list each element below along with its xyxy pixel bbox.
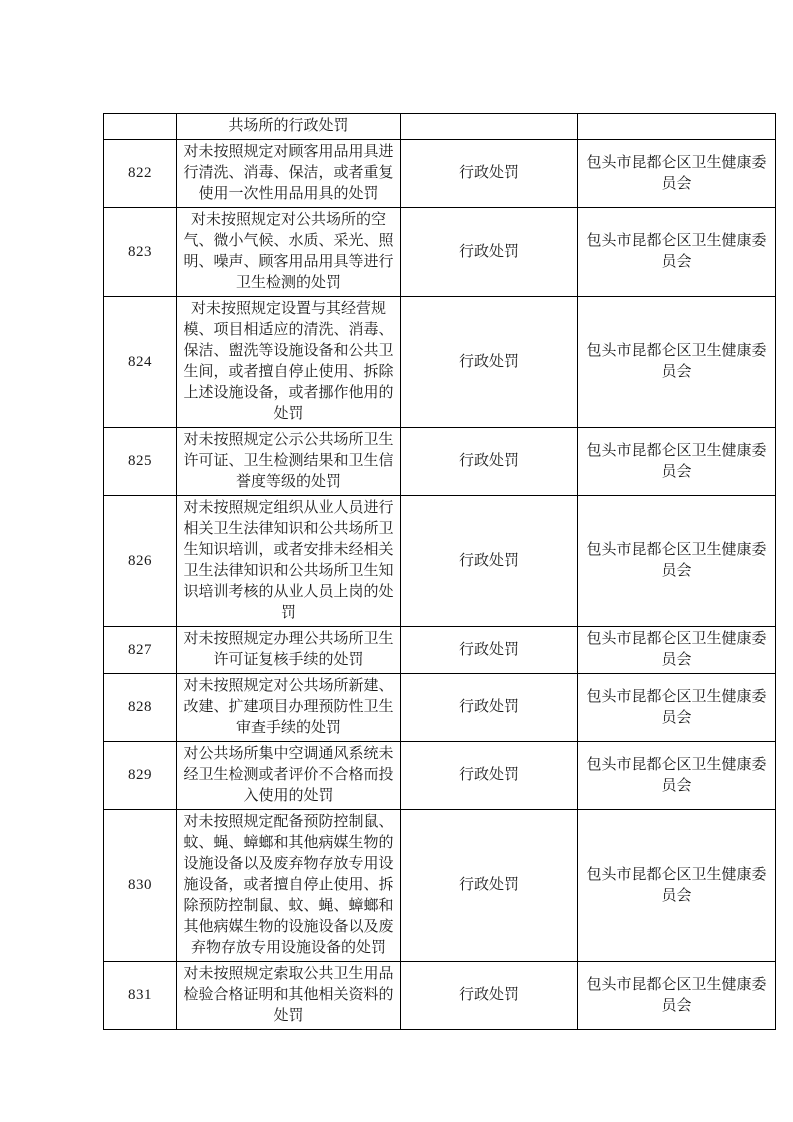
cell-penalty-type: 行政处罚 xyxy=(401,962,578,1030)
cell-description: 对未按照规定公示公共场所卫生许可证、卫生检测结果和卫生信誉度等级的处罚 xyxy=(177,428,401,496)
cell-authority: 包头市昆都仑区卫生健康委员会 xyxy=(578,674,776,742)
cell-penalty-type: 行政处罚 xyxy=(401,140,578,208)
cell-row-number: 825 xyxy=(104,428,177,496)
cell-description: 对未按照规定对公共场所新建、改建、扩建项目办理预防性卫生审查手续的处罚 xyxy=(177,674,401,742)
cell-row-number: 827 xyxy=(104,627,177,674)
cell-description: 对未按照规定办理公共场所卫生许可证复核手续的处罚 xyxy=(177,627,401,674)
cell-description: 对未按照规定设置与其经营规模、项目相适应的清洗、消毒、保洁、盥洗等设施设备和公共… xyxy=(177,297,401,428)
cell-authority: 包头市昆都仑区卫生健康委员会 xyxy=(578,962,776,1030)
cell-authority xyxy=(578,114,776,140)
cell-row-number xyxy=(104,114,177,140)
cell-penalty-type: 行政处罚 xyxy=(401,428,578,496)
cell-row-number: 831 xyxy=(104,962,177,1030)
cell-authority: 包头市昆都仑区卫生健康委员会 xyxy=(578,627,776,674)
table-row: 824对未按照规定设置与其经营规模、项目相适应的清洗、消毒、保洁、盥洗等设施设备… xyxy=(104,297,776,428)
table-row: 826对未按照规定组织从业人员进行相关卫生法律知识和公共场所卫生知识培训，或者安… xyxy=(104,496,776,627)
table-row: 828对未按照规定对公共场所新建、改建、扩建项目办理预防性卫生审查手续的处罚行政… xyxy=(104,674,776,742)
cell-authority: 包头市昆都仑区卫生健康委员会 xyxy=(578,208,776,297)
cell-row-number: 826 xyxy=(104,496,177,627)
cell-description: 对未按照规定组织从业人员进行相关卫生法律知识和公共场所卫生知识培训，或者安排未经… xyxy=(177,496,401,627)
cell-row-number: 822 xyxy=(104,140,177,208)
cell-description: 对未按照规定对公共场所的空气、微小气候、水质、采光、照明、噪声、顾客用品用具等进… xyxy=(177,208,401,297)
table-row: 830对未按照规定配备预防控制鼠、蚊、蝇、蟑螂和其他病媒生物的设施设备以及废弃物… xyxy=(104,810,776,962)
cell-penalty-type: 行政处罚 xyxy=(401,208,578,297)
cell-row-number: 824 xyxy=(104,297,177,428)
cell-description: 对未按照规定索取公共卫生用品检验合格证明和其他相关资料的处罚 xyxy=(177,962,401,1030)
cell-description: 对公共场所集中空调通风系统未经卫生检测或者评价不合格而投入使用的处罚 xyxy=(177,742,401,810)
cell-authority: 包头市昆都仑区卫生健康委员会 xyxy=(578,428,776,496)
cell-description: 对未按照规定对顾客用品用具进行清洗、消毒、保洁，或者重复使用一次性用品用具的处罚 xyxy=(177,140,401,208)
cell-description: 共场所的行政处罚 xyxy=(177,114,401,140)
table-row: 829对公共场所集中空调通风系统未经卫生检测或者评价不合格而投入使用的处罚行政处… xyxy=(104,742,776,810)
cell-penalty-type: 行政处罚 xyxy=(401,742,578,810)
cell-penalty-type xyxy=(401,114,578,140)
document-page: 共场所的行政处罚822对未按照规定对顾客用品用具进行清洗、消毒、保洁，或者重复使… xyxy=(0,0,793,1122)
table-row: 827对未按照规定办理公共场所卫生许可证复核手续的处罚行政处罚包头市昆都仑区卫生… xyxy=(104,627,776,674)
cell-row-number: 828 xyxy=(104,674,177,742)
cell-row-number: 830 xyxy=(104,810,177,962)
cell-penalty-type: 行政处罚 xyxy=(401,674,578,742)
table-row: 共场所的行政处罚 xyxy=(104,114,776,140)
table-row: 831对未按照规定索取公共卫生用品检验合格证明和其他相关资料的处罚行政处罚包头市… xyxy=(104,962,776,1030)
table-row: 825对未按照规定公示公共场所卫生许可证、卫生检测结果和卫生信誉度等级的处罚行政… xyxy=(104,428,776,496)
cell-authority: 包头市昆都仑区卫生健康委员会 xyxy=(578,140,776,208)
cell-authority: 包头市昆都仑区卫生健康委员会 xyxy=(578,742,776,810)
cell-penalty-type: 行政处罚 xyxy=(401,810,578,962)
cell-authority: 包头市昆都仑区卫生健康委员会 xyxy=(578,810,776,962)
cell-authority: 包头市昆都仑区卫生健康委员会 xyxy=(578,496,776,627)
cell-penalty-type: 行政处罚 xyxy=(401,496,578,627)
cell-authority: 包头市昆都仑区卫生健康委员会 xyxy=(578,297,776,428)
table-row: 822对未按照规定对顾客用品用具进行清洗、消毒、保洁，或者重复使用一次性用品用具… xyxy=(104,140,776,208)
penalty-items-table: 共场所的行政处罚822对未按照规定对顾客用品用具进行清洗、消毒、保洁，或者重复使… xyxy=(103,113,776,1030)
cell-description: 对未按照规定配备预防控制鼠、蚊、蝇、蟑螂和其他病媒生物的设施设备以及废弃物存放专… xyxy=(177,810,401,962)
cell-penalty-type: 行政处罚 xyxy=(401,297,578,428)
table-row: 823对未按照规定对公共场所的空气、微小气候、水质、采光、照明、噪声、顾客用品用… xyxy=(104,208,776,297)
cell-penalty-type: 行政处罚 xyxy=(401,627,578,674)
cell-row-number: 823 xyxy=(104,208,177,297)
cell-row-number: 829 xyxy=(104,742,177,810)
penalty-table-body: 共场所的行政处罚822对未按照规定对顾客用品用具进行清洗、消毒、保洁，或者重复使… xyxy=(104,114,776,1030)
